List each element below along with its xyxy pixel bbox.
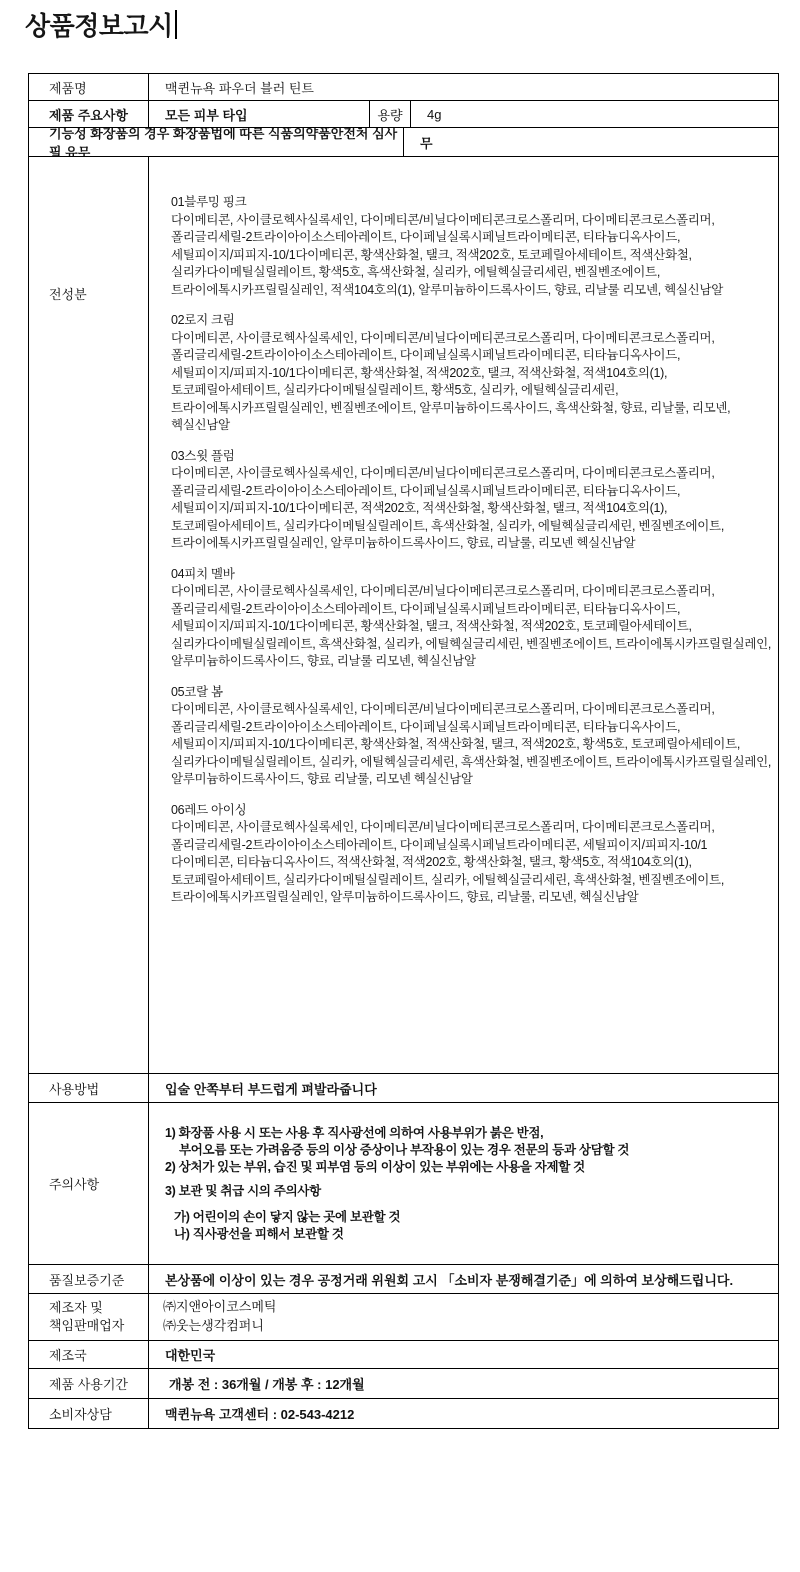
shade-block-04: 04피치 멜바 다이메티콘, 사이클로헥사실록세인, 다이메티콘/비닐다이메티콘… <box>171 566 772 671</box>
ingredient-line: 다이메티콘, 사이클로헥사실록세인, 다이메티콘/비닐다이메티콘크로스폴리머, … <box>171 465 772 483</box>
ingredient-line: 다이메티콘, 사이클로헥사실록세인, 다이메티콘/비닐다이메티콘크로스폴리머, … <box>171 701 772 719</box>
product-name-value: 맥퀸뉴욕 파우더 블러 틴트 <box>149 74 778 100</box>
manufacturer-label: 제조자 및 책임판매업자 <box>29 1294 149 1340</box>
shade-name: 02로지 크림 <box>171 312 772 330</box>
row-product-name: 제품명 맥퀸뉴욕 파우더 블러 틴트 <box>29 74 778 100</box>
functional-value: 무 <box>404 128 778 156</box>
caution-item-continuation: 부어오름 또는 가려움증 등의 이상 증상이나 부작용이 있는 경우 전문의 등… <box>165 1142 772 1159</box>
ingredient-line: 폴리글리세릴-2트라이아이소스테아레이트, 다이페닐실록시페닐트라이메티콘, 티… <box>171 719 772 737</box>
ingredient-line: 다이메티콘, 사이클로헥사실록세인, 다이메티콘/비닐다이메티콘크로스폴리머, … <box>171 330 772 348</box>
shade-name: 05코랄 봄 <box>171 684 772 702</box>
ingredient-line: 트라이에톡시카프릴릴실레인, 알루미늄하이드록사이드, 향료, 리날룰, 리모넨… <box>171 535 772 553</box>
ingredient-line: 실리카다이메틸실릴레이트, 실리카, 에틸헥실글리세린, 흑색산화철, 벤질벤조… <box>171 754 772 772</box>
warranty-value: 본상품에 이상이 있는 경우 공정거래 위원회 고시 「소비자 분쟁해결기준」에… <box>149 1265 778 1293</box>
ingredient-line: 트라이에톡시카프릴릴실레인, 벤질벤조에이트, 알루미늄하이드록사이드, 흑색산… <box>171 400 772 418</box>
shade-name: 04피치 멜바 <box>171 566 772 584</box>
ingredient-line: 세틸피이지/피피지-10/1다이메티콘, 적색202호, 적색산화철, 황색산화… <box>171 500 772 518</box>
row-ingredients: 전성분 01블루밍 핑크 다이메티콘, 사이클로헥사실록세인, 다이메티콘/비닐… <box>29 156 778 1073</box>
product-name-label: 제품명 <box>29 74 149 100</box>
country-value: 대한민국 <box>149 1341 778 1368</box>
warranty-label: 품질보증기준 <box>29 1265 149 1293</box>
ingredient-line: 다이메티콘, 사이클로헥사실록세인, 다이메티콘/비닐다이메티콘크로스폴리머, … <box>171 583 772 601</box>
ingredient-line: 폴리글리세릴-2트라이아이소스테아레이트, 다이페닐실록시페닐트라이메티콘, 티… <box>171 601 772 619</box>
ingredients-content: 01블루밍 핑크 다이메티콘, 사이클로헥사실록세인, 다이메티콘/비닐다이메티… <box>149 157 778 1073</box>
customer-service-value: 맥퀸뉴욕 고객센터 : 02-543-4212 <box>149 1399 778 1428</box>
caution-subitem: 나) 직사광선을 피해서 보관할 것 <box>165 1226 772 1243</box>
capacity-label: 용량 <box>370 101 411 127</box>
row-cautions: 주의사항 1) 화장품 사용 시 또는 사용 후 직사광선에 의하여 사용부위가… <box>29 1102 778 1264</box>
ingredient-line: 토코페릴아세테이트, 실리카다이메틸실릴레이트, 흑색산화철, 실리카, 에틸헥… <box>171 518 772 536</box>
ingredient-line: 토코페릴아세테이트, 실리카다이메틸실릴레이트, 실리카, 에틸헥실글리세린, … <box>171 872 772 890</box>
customer-service-label: 소비자상담 <box>29 1399 149 1428</box>
ingredient-line: 세틸피이지/피피지-10/1다이메티콘, 황색산화철, 탤크, 적색202호, … <box>171 247 772 265</box>
shade-block-01: 01블루밍 핑크 다이메티콘, 사이클로헥사실록세인, 다이메티콘/비닐다이메티… <box>171 194 772 299</box>
product-info-table: 제품명 맥퀸뉴욕 파우더 블러 틴트 제품 주요사항 모든 피부 타입 용량 4… <box>28 73 779 1429</box>
ingredient-line: 다이메티콘, 사이클로헥사실록세인, 다이메티콘/비닐다이메티콘크로스폴리머, … <box>171 212 772 230</box>
ingredient-line: 다이메티콘, 사이클로헥사실록세인, 다이메티콘/비닐다이메티콘크로스폴리머, … <box>171 819 772 837</box>
product-spec-value: 모든 피부 타입 <box>149 101 370 127</box>
row-country: 제조국 대한민국 <box>29 1340 778 1368</box>
row-manufacturer: 제조자 및 책임판매업자 ㈜지앤아이코스메틱 ㈜웃는생각컴퍼니 <box>29 1293 778 1340</box>
ingredient-line: 트라이에톡시카프릴릴실레인, 적색104호의(1), 알루미늄하이드록사이드, … <box>171 282 772 300</box>
ingredient-line: 알루미늄하이드록사이드, 향료 리날룰, 리모넨 헥실신남알 <box>171 771 772 789</box>
manufacturer-label-line: 책임판매업자 <box>49 1317 124 1335</box>
distributor-company: ㈜웃는생각컴퍼니 <box>163 1317 264 1336</box>
ingredient-line: 다이메티콘, 티타늄디옥사이드, 적색산화철, 적색202호, 황색산화철, 탤… <box>171 854 772 872</box>
ingredient-line: 알루미늄하이드록사이드, 향료, 리날룰 리모넨, 헥실신남알 <box>171 653 772 671</box>
row-period: 제품 사용기간 개봉 전 : 36개월 / 개봉 후 : 12개월 <box>29 1368 778 1398</box>
page-title: 상품정보고시 <box>25 6 177 43</box>
manufacturer-label-line: 제조자 및 <box>49 1299 103 1317</box>
period-label: 제품 사용기간 <box>29 1369 149 1398</box>
caution-item: 1) 화장품 사용 시 또는 사용 후 직사광선에 의하여 사용부위가 붉은 반… <box>165 1125 772 1142</box>
usage-value: 입술 안쪽부터 부드럽게 펴발라줍니다 <box>149 1074 778 1102</box>
ingredient-line: 폴리글리세릴-2트라이아이소스테아레이트, 다이페닐실록시페닐트라이메티콘, 세… <box>171 837 772 855</box>
usage-label: 사용방법 <box>29 1074 149 1102</box>
text-cursor <box>175 10 177 39</box>
cautions-content: 1) 화장품 사용 시 또는 사용 후 직사광선에 의하여 사용부위가 붉은 반… <box>149 1103 778 1264</box>
ingredient-line: 폴리글리세릴-2트라이아이소스테아레이트, 다이페닐실록시페닐트라이메티콘, 티… <box>171 347 772 365</box>
ingredient-line: 토코페릴아세테이트, 실리카다이메틸실릴레이트, 황색5호, 실리카, 에틸헥실… <box>171 382 772 400</box>
cautions-label: 주의사항 <box>29 1103 149 1264</box>
page-title-text: 상품정보고시 <box>25 6 173 43</box>
manufacturer-company: ㈜지앤아이코스메틱 <box>163 1298 276 1317</box>
row-usage: 사용방법 입술 안쪽부터 부드럽게 펴발라줍니다 <box>29 1073 778 1102</box>
product-info-page: { "page_title": "상품정보고시", "rows": { "pro… <box>0 0 800 1572</box>
ingredient-line: 세틸피이지/피피지-10/1다이메티콘, 황색산화철, 적색산화철, 탤크, 적… <box>171 736 772 754</box>
functional-label: 기능성 화장품의 경우 화장품법에 따른 식품의약품안전처 심사 필 유무 <box>29 128 404 156</box>
ingredient-line: 트라이에톡시카프릴릴실레인, 알루미늄하이드록사이드, 향료, 리날룰, 리모넨… <box>171 889 772 907</box>
product-spec-label: 제품 주요사항 <box>29 101 149 127</box>
shade-name: 06레드 아이싱 <box>171 802 772 820</box>
caution-item: 2) 상처가 있는 부위, 습진 및 피부염 등의 이상이 있는 부위에는 사용… <box>165 1159 772 1176</box>
ingredient-line: 폴리글리세릴-2트라이아이소스테아레이트, 다이페닐실록시페닐트라이메티콘, 티… <box>171 483 772 501</box>
ingredient-line: 실리카다이메틸실릴레이트, 황색5호, 흑색산화철, 실리카, 에틸헥실글리세린… <box>171 264 772 282</box>
shade-block-05: 05코랄 봄 다이메티콘, 사이클로헥사실록세인, 다이메티콘/비닐다이메티콘크… <box>171 684 772 789</box>
ingredient-line: 폴리글리세릴-2트라이아이소스테아레이트, 다이페닐실록시페닐트라이메티콘, 티… <box>171 229 772 247</box>
ingredient-line: 헥실신남알 <box>171 417 772 435</box>
shade-block-03: 03스윗 플럼 다이메티콘, 사이클로헥사실록세인, 다이메티콘/비닐다이메티콘… <box>171 448 772 553</box>
ingredient-line: 실리카다이메틸실릴레이트, 흑색산화철, 실리카, 에틸헥실글리세린, 벤질벤조… <box>171 636 772 654</box>
row-product-spec: 제품 주요사항 모든 피부 타입 용량 4g <box>29 100 778 127</box>
period-value: 개봉 전 : 36개월 / 개봉 후 : 12개월 <box>149 1369 778 1398</box>
manufacturer-value: ㈜지앤아이코스메틱 ㈜웃는생각컴퍼니 <box>149 1294 778 1340</box>
caution-subitem: 가) 어린이의 손이 닿지 않는 곳에 보관할 것 <box>165 1209 772 1226</box>
row-warranty: 품질보증기준 본상품에 이상이 있는 경우 공정거래 위원회 고시 「소비자 분… <box>29 1264 778 1293</box>
shade-name: 01블루밍 핑크 <box>171 194 772 212</box>
ingredient-line: 세틸피이지/피피지-10/1다이메티콘, 황색산화철, 탤크, 적색산화철, 적… <box>171 618 772 636</box>
ingredients-label: 전성분 <box>29 157 149 1073</box>
row-functional: 기능성 화장품의 경우 화장품법에 따른 식품의약품안전처 심사 필 유무 무 <box>29 127 778 156</box>
ingredient-line: 세틸피이지/피피지-10/1다이메티콘, 황색산화철, 적색202호, 탤크, … <box>171 365 772 383</box>
country-label: 제조국 <box>29 1341 149 1368</box>
row-customer-service: 소비자상담 맥퀸뉴욕 고객센터 : 02-543-4212 <box>29 1398 778 1428</box>
caution-item: 3) 보관 및 취급 시의 주의사항 <box>165 1183 772 1200</box>
shade-block-06: 06레드 아이싱 다이메티콘, 사이클로헥사실록세인, 다이메티콘/비닐다이메티… <box>171 802 772 907</box>
capacity-value: 4g <box>411 101 778 127</box>
shade-name: 03스윗 플럼 <box>171 448 772 466</box>
shade-block-02: 02로지 크림 다이메티콘, 사이클로헥사실록세인, 다이메티콘/비닐다이메티콘… <box>171 312 772 435</box>
